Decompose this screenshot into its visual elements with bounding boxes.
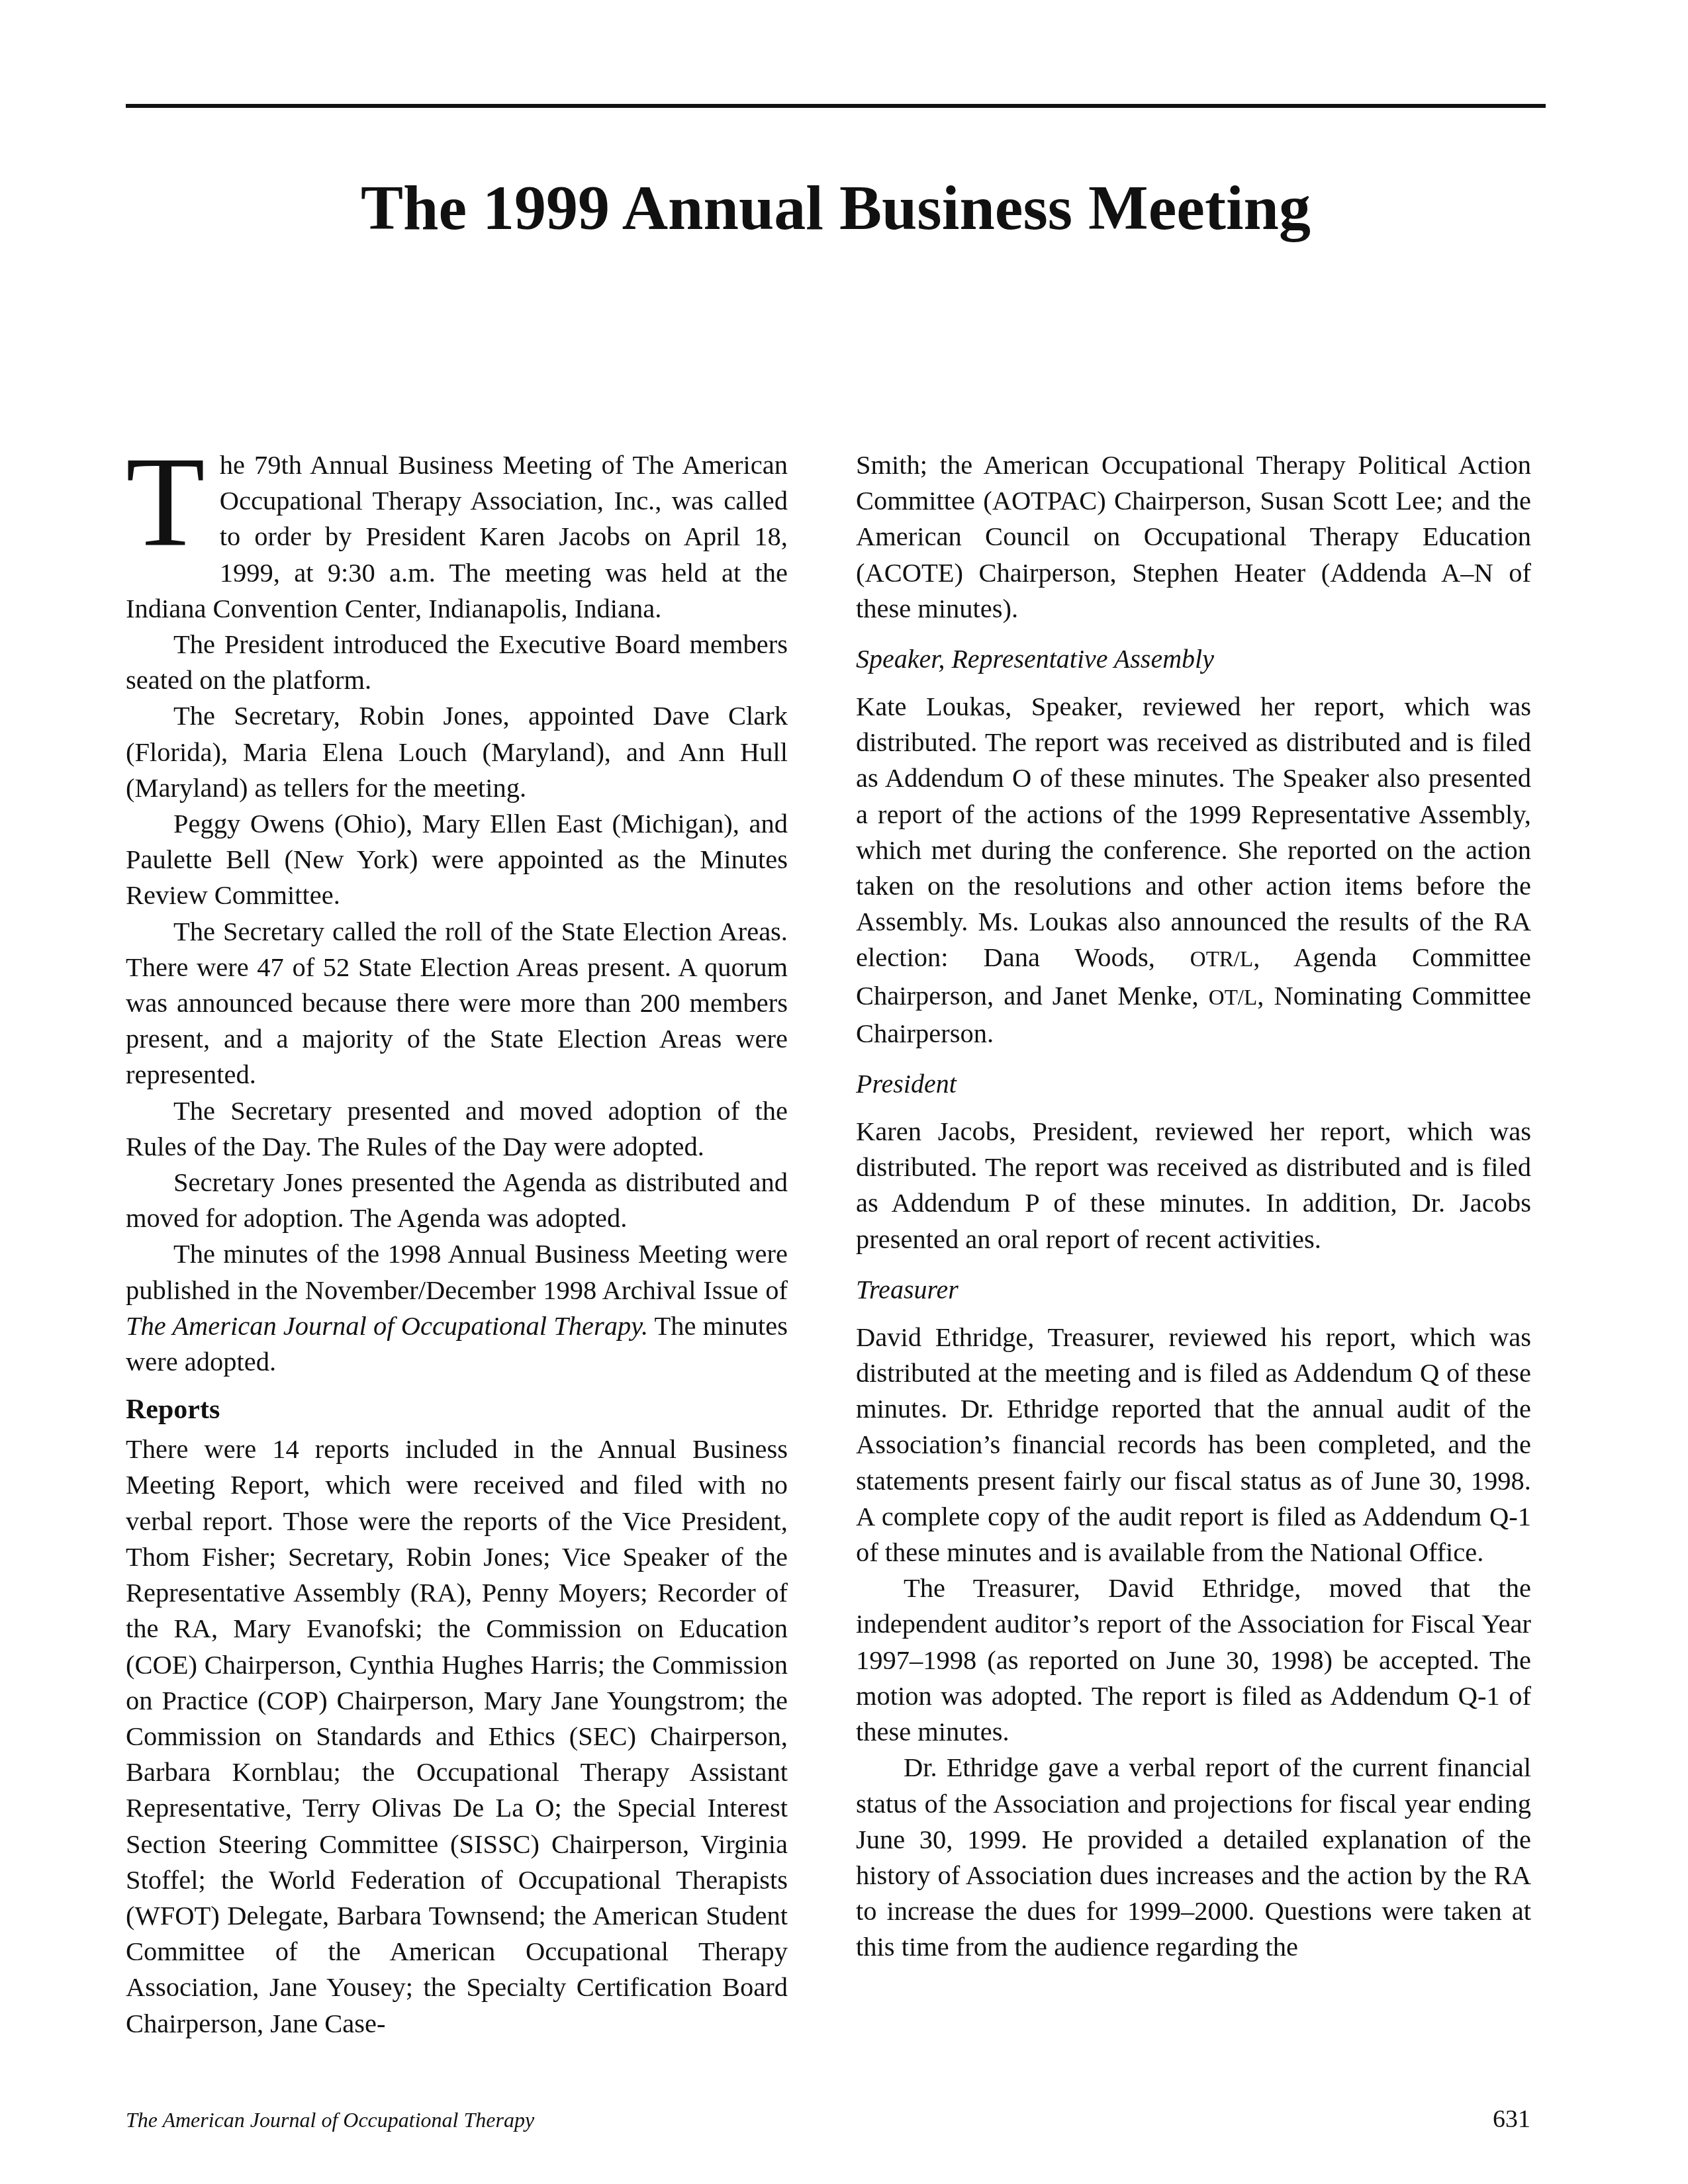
left-column: The 79th Annual Business Meeting of The …	[126, 447, 788, 2042]
paragraph-treasurer-report: David Ethridge, Treasurer, reviewed his …	[856, 1320, 1531, 1570]
page-number: 631	[1493, 2105, 1530, 2134]
credential-ot-l: OT/L	[1209, 986, 1257, 1010]
credential-otr-l: OTR/L	[1190, 948, 1253, 972]
paragraph-reports: There were 14 reports included in the An…	[126, 1432, 788, 2041]
paragraph-speaker: Kate Loukas, Speaker, reviewed her repor…	[856, 689, 1531, 1052]
paragraph-treasurer-motion: The Treasurer, David Ethridge, moved tha…	[856, 1570, 1531, 1750]
footer-journal-name: The American Journal of Occupational The…	[126, 2108, 534, 2132]
paragraph-minutes-review-committee: Peggy Owens (Ohio), Mary Ellen East (Mic…	[126, 806, 788, 914]
paragraph-tellers: The Secretary, Robin Jones, appointed Da…	[126, 698, 788, 806]
drop-cap: T	[126, 453, 205, 559]
minutes-text-before: The minutes of the 1998 Annual Business …	[126, 1239, 788, 1304]
paragraph-reports-continued: Smith; the American Occupational Therapy…	[856, 447, 1531, 627]
paragraph-treasurer-verbal-report: Dr. Ethridge gave a verbal report of the…	[856, 1750, 1531, 1965]
page-title: The 1999 Annual Business Meeting	[126, 168, 1546, 248]
subheading-treasurer: Treasurer	[856, 1272, 1531, 1308]
speaker-text-before: Kate Loukas, Speaker, reviewed her repor…	[856, 692, 1531, 972]
paragraph-executive-board: The President introduced the Executive B…	[126, 627, 788, 698]
subheading-speaker: Speaker, Representative Assembly	[856, 641, 1531, 677]
paragraph-president: Karen Jacobs, President, reviewed her re…	[856, 1114, 1531, 1257]
section-heading-reports: Reports	[126, 1392, 788, 1428]
paragraph-roll-call: The Secretary called the roll of the Sta…	[126, 914, 788, 1093]
subheading-president: President	[856, 1066, 1531, 1102]
paragraph-previous-minutes: The minutes of the 1998 Annual Business …	[126, 1236, 788, 1380]
intro-text: he 79th Annual Business Meeting of The A…	[126, 450, 788, 623]
paragraph-agenda: Secretary Jones presented the Agenda as …	[126, 1165, 788, 1236]
intro-paragraph: The 79th Annual Business Meeting of The …	[126, 447, 788, 627]
top-rule-divider	[126, 104, 1546, 108]
right-column: Smith; the American Occupational Therapy…	[856, 447, 1531, 1966]
journal-title-italic: The American Journal of Occupational The…	[126, 1311, 648, 1341]
paragraph-rules-of-the-day: The Secretary presented and moved adopti…	[126, 1093, 788, 1165]
